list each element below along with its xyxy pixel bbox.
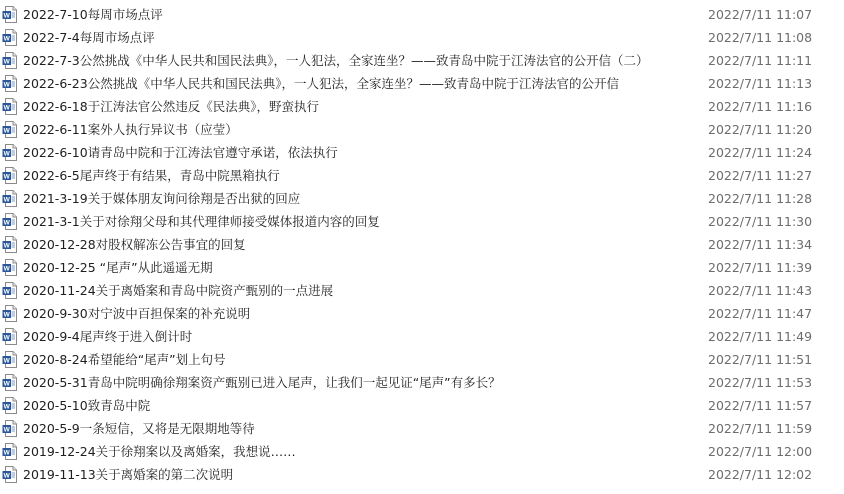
file-name: 2019-11-13关于离婚案的第二次说明 — [23, 463, 233, 486]
word-document-icon: W — [2, 29, 18, 46]
file-name: 2020-5-31青岛中院明确徐翔案资产甄别已进入尾声，让我们一起见证“尾声”有… — [23, 371, 501, 394]
file-modified-date: 2022/7/11 11:43 — [708, 279, 812, 302]
file-name: 2022-7-3公然挑战《中华人民共和国民法典》，一人犯法，全家连坐？——致青岛… — [23, 49, 649, 72]
word-document-icon: W — [2, 121, 18, 138]
file-name: 2020-11-24关于离婚案和青岛中院资产甄别的一点进展 — [23, 279, 333, 302]
file-modified-date: 2022/7/11 11:39 — [708, 256, 812, 279]
file-modified-date: 2022/7/11 11:13 — [708, 72, 812, 95]
file-name: 2020-12-25 “尾声”从此遥遥无期 — [23, 256, 213, 279]
svg-text:W: W — [4, 358, 11, 365]
word-document-icon: W — [2, 397, 18, 414]
word-document-icon: W — [2, 52, 18, 69]
file-row[interactable]: W 2022-7-4每周市场点评 2022/7/11 11:08 — [0, 26, 844, 49]
svg-text:W: W — [4, 174, 11, 181]
file-modified-date: 2022/7/11 11:07 — [708, 3, 812, 26]
word-document-icon: W — [2, 6, 18, 23]
svg-text:W: W — [4, 105, 11, 112]
file-name: 2022-6-11案外人执行异议书（应莹） — [23, 118, 238, 141]
file-row[interactable]: W 2021-3-1关于对徐翔父母和其代理律师接受媒体报道内容的回复 2022/… — [0, 210, 844, 233]
file-name: 2022-6-5尾声终于有结果，青岛中院黑箱执行 — [23, 164, 280, 187]
svg-text:W: W — [4, 289, 11, 296]
svg-text:W: W — [4, 220, 11, 227]
file-row[interactable]: W 2020-9-4尾声终于进入倒计时 2022/7/11 11:49 — [0, 325, 844, 348]
file-modified-date: 2022/7/11 11:28 — [708, 187, 812, 210]
svg-text:W: W — [4, 243, 11, 250]
file-name: 2022-6-10请青岛中院和于江涛法官遵守承诺，依法执行 — [23, 141, 338, 164]
file-name: 2020-9-4尾声终于进入倒计时 — [23, 325, 192, 348]
word-document-icon: W — [2, 144, 18, 161]
file-modified-date: 2022/7/11 11:34 — [708, 233, 812, 256]
svg-text:W: W — [4, 404, 11, 411]
file-modified-date: 2022/7/11 11:11 — [708, 49, 812, 72]
svg-text:W: W — [4, 312, 11, 319]
word-document-icon: W — [2, 351, 18, 368]
file-row[interactable]: W 2022-7-3公然挑战《中华人民共和国民法典》，一人犯法，全家连坐？——致… — [0, 49, 844, 72]
file-name: 2022-6-23公然挑战《中华人民共和国民法典》，一人犯法，全家连坐？——致青… — [23, 72, 619, 95]
file-name: 2020-12-28对股权解冻公告事宜的回复 — [23, 233, 246, 256]
file-row[interactable]: W 2020-5-31青岛中院明确徐翔案资产甄别已进入尾声，让我们一起见证“尾声… — [0, 371, 844, 394]
svg-text:W: W — [4, 197, 11, 204]
svg-text:W: W — [4, 427, 11, 434]
file-row[interactable]: W 2022-7-10每周市场点评 2022/7/11 11:07 — [0, 3, 844, 26]
file-name: 2020-5-10致青岛中院 — [23, 394, 150, 417]
file-name: 2022-6-18于江涛法官公然违反《民法典》，野蛮执行 — [23, 95, 319, 118]
svg-text:W: W — [4, 381, 11, 388]
file-modified-date: 2022/7/11 11:47 — [708, 302, 812, 325]
svg-text:W: W — [4, 36, 11, 43]
file-name: 2019-12-24关于徐翔案以及离婚案，我想说…… — [23, 440, 296, 463]
file-modified-date: 2022/7/11 11:57 — [708, 394, 812, 417]
file-row[interactable]: W 2022-6-10请青岛中院和于江涛法官遵守承诺，依法执行 2022/7/1… — [0, 141, 844, 164]
file-row[interactable]: W 2020-11-24关于离婚案和青岛中院资产甄别的一点进展 2022/7/1… — [0, 279, 844, 302]
svg-text:W: W — [4, 82, 11, 89]
file-row[interactable]: W 2022-6-23公然挑战《中华人民共和国民法典》，一人犯法，全家连坐？——… — [0, 72, 844, 95]
file-modified-date: 2022/7/11 12:02 — [708, 463, 812, 486]
file-row[interactable]: W 2020-5-10致青岛中院 2022/7/11 11:57 — [0, 394, 844, 417]
file-modified-date: 2022/7/11 11:16 — [708, 95, 812, 118]
file-row[interactable]: W 2021-3-19关于媒体朋友询问徐翔是否出狱的回应 2022/7/11 1… — [0, 187, 844, 210]
word-document-icon: W — [2, 98, 18, 115]
file-name: 2020-8-24希望能给“尾声”划上句号 — [23, 348, 226, 371]
file-modified-date: 2022/7/11 11:30 — [708, 210, 812, 233]
file-name: 2022-7-10每周市场点评 — [23, 3, 163, 26]
word-document-icon: W — [2, 305, 18, 322]
file-row[interactable]: W 2019-11-13关于离婚案的第二次说明 2022/7/11 12:02 — [0, 463, 844, 486]
word-document-icon: W — [2, 190, 18, 207]
file-modified-date: 2022/7/11 11:49 — [708, 325, 812, 348]
file-name: 2020-5-9一条短信，又将是无限期地等待 — [23, 417, 255, 440]
svg-text:W: W — [4, 266, 11, 273]
file-name: 2022-7-4每周市场点评 — [23, 26, 155, 49]
file-modified-date: 2022/7/11 11:59 — [708, 417, 812, 440]
svg-text:W: W — [4, 151, 11, 158]
file-name: 2021-3-1关于对徐翔父母和其代理律师接受媒体报道内容的回复 — [23, 210, 380, 233]
file-row[interactable]: W 2022-6-5尾声终于有结果，青岛中院黑箱执行 2022/7/11 11:… — [0, 164, 844, 187]
word-document-icon: W — [2, 374, 18, 391]
word-document-icon: W — [2, 282, 18, 299]
file-modified-date: 2022/7/11 11:51 — [708, 348, 812, 371]
file-modified-date: 2022/7/11 12:00 — [708, 440, 812, 463]
word-document-icon: W — [2, 466, 18, 483]
file-row[interactable]: W 2020-12-25 “尾声”从此遥遥无期 2022/7/11 11:39 — [0, 256, 844, 279]
word-document-icon: W — [2, 443, 18, 460]
file-row[interactable]: W 2020-5-9一条短信，又将是无限期地等待 2022/7/11 11:59 — [0, 417, 844, 440]
file-modified-date: 2022/7/11 11:24 — [708, 141, 812, 164]
file-name: 2021-3-19关于媒体朋友询问徐翔是否出狱的回应 — [23, 187, 300, 210]
file-name: 2020-9-30对宁波中百担保案的补充说明 — [23, 302, 250, 325]
file-row[interactable]: W 2019-12-24关于徐翔案以及离婚案，我想说…… 2022/7/11 1… — [0, 440, 844, 463]
file-row[interactable]: W 2020-12-28对股权解冻公告事宜的回复 2022/7/11 11:34 — [0, 233, 844, 256]
word-document-icon: W — [2, 75, 18, 92]
word-document-icon: W — [2, 236, 18, 253]
word-document-icon: W — [2, 213, 18, 230]
svg-text:W: W — [4, 59, 11, 66]
file-modified-date: 2022/7/11 11:27 — [708, 164, 812, 187]
file-row[interactable]: W 2020-8-24希望能给“尾声”划上句号 2022/7/11 11:51 — [0, 348, 844, 371]
file-modified-date: 2022/7/11 11:08 — [708, 26, 812, 49]
file-row[interactable]: W 2022-6-18于江涛法官公然违反《民法典》，野蛮执行 2022/7/11… — [0, 95, 844, 118]
word-document-icon: W — [2, 167, 18, 184]
svg-text:W: W — [4, 335, 11, 342]
word-document-icon: W — [2, 420, 18, 437]
word-document-icon: W — [2, 328, 18, 345]
file-list: W 2022-7-10每周市场点评 2022/7/11 11:07 W 2022… — [0, 0, 844, 486]
file-modified-date: 2022/7/11 11:53 — [708, 371, 812, 394]
svg-text:W: W — [4, 128, 11, 135]
svg-text:W: W — [4, 473, 11, 480]
file-modified-date: 2022/7/11 11:20 — [708, 118, 812, 141]
svg-text:W: W — [4, 450, 11, 457]
file-row[interactable]: W 2022-6-11案外人执行异议书（应莹） 2022/7/11 11:20 — [0, 118, 844, 141]
word-document-icon: W — [2, 259, 18, 276]
svg-text:W: W — [4, 13, 11, 20]
file-row[interactable]: W 2020-9-30对宁波中百担保案的补充说明 2022/7/11 11:47 — [0, 302, 844, 325]
